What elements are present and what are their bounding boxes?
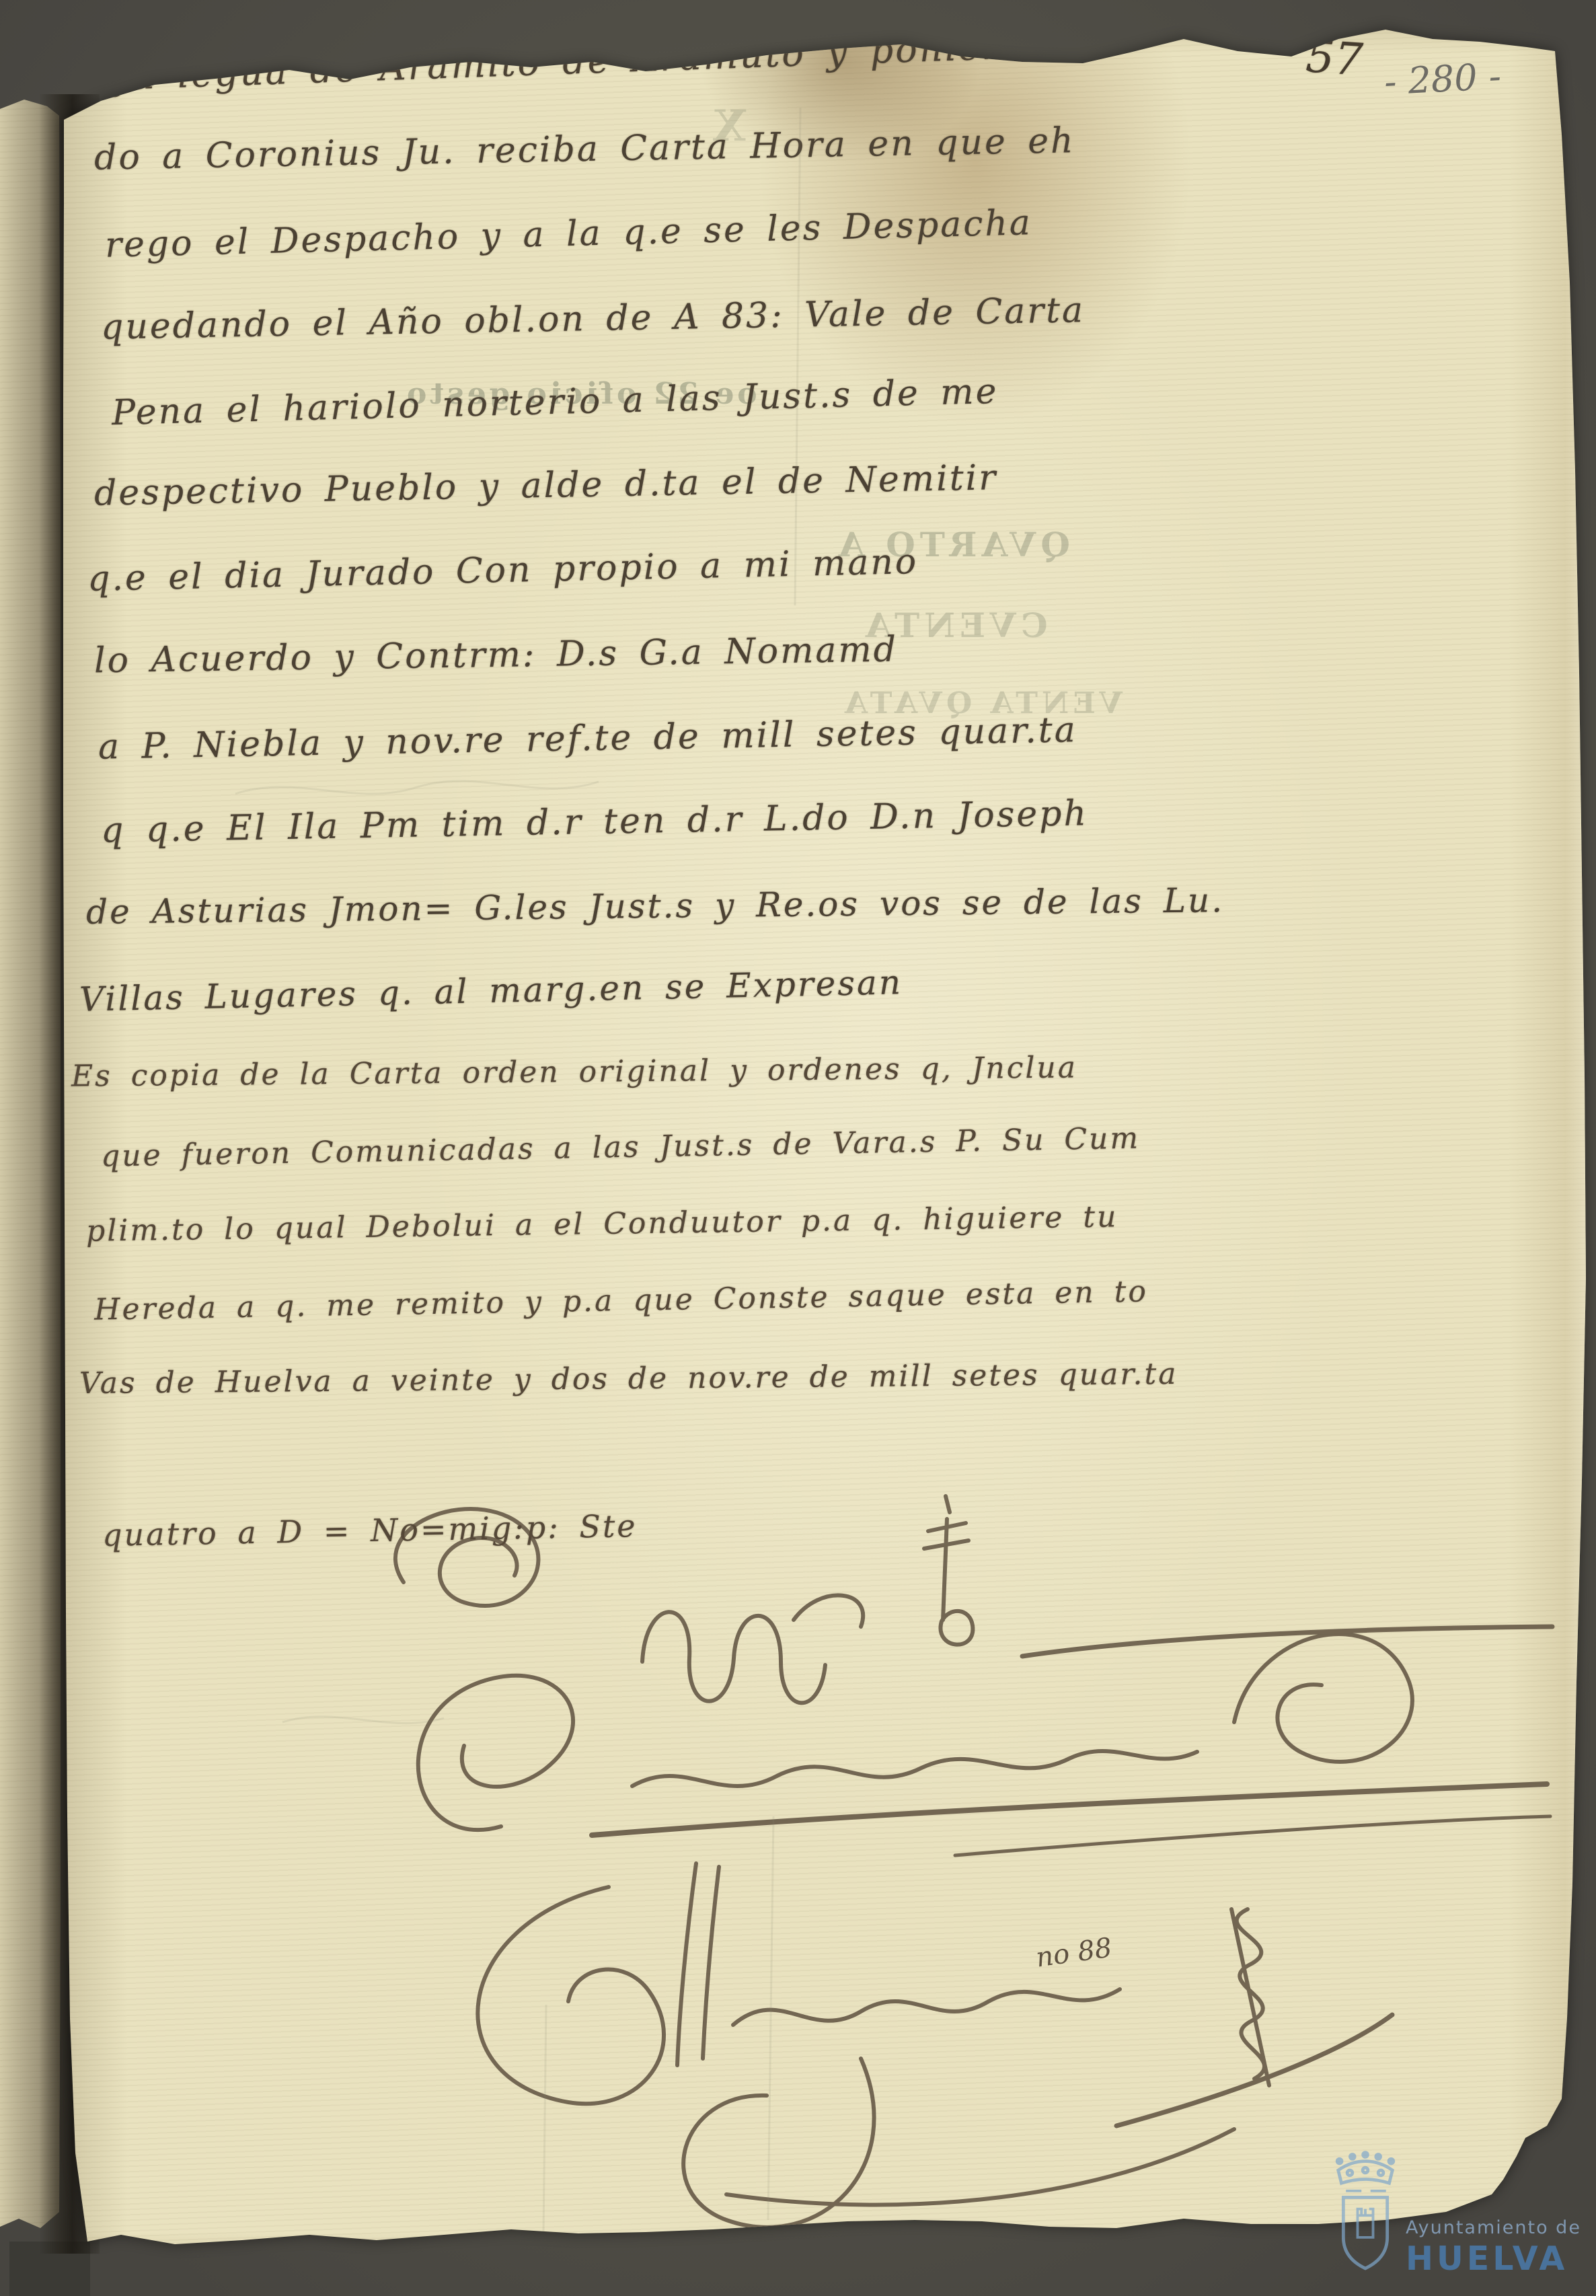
manuscript-line: despectivo Pueblo y alde d.ta el de Nemi… [94,457,998,513]
watermark-title: Ayuntamiento de [1406,2217,1581,2238]
manuscript-page-wrap: X oe 22 oficio gesto QVARTO A CVENTA VEN… [0,0,1596,2296]
signature-annotation: no 88 [1034,1932,1114,1973]
manuscript-line: lo Acuerdo y Contrm: D.s G.a Nomamd [94,630,899,681]
manuscript-line: q.e el dia Jurado Con propio a mi mano [87,542,919,599]
manuscript-line: Hereda a q. me remito y p.a que Conste s… [94,1274,1149,1327]
archival-scan: { "page": { "corner_number": "57", "foli… [0,0,1596,2296]
manuscript-line: q q.e El Ila Pm tim d.r ten d.r L.do D.n… [101,793,1089,851]
watermark-text: Ayuntamiento de HUELVA [1406,2217,1581,2278]
huelva-crest-icon [1333,2150,1398,2289]
manuscript-line: Es copia de la Carta orden original y or… [71,1050,1077,1093]
watermark-city: HUELVA [1406,2239,1581,2278]
manuscript-line: quedando el Año obl.on de A 83: Vale de … [101,290,1086,348]
manuscript-line: que fueron Comunicadas a las Just.s de V… [101,1121,1141,1174]
manuscript-line: Ju legua de Aramito de Aramuto y ponien [114,25,1008,98]
manuscript-line: Villas Lugares q. al marg.en se Expresan [79,963,903,1019]
manuscript-line: a P. Niebla y nov.re ref.te de mill sete… [98,710,1078,767]
folio-number: - 280 - [1383,54,1502,103]
manuscript-line: quatro a D = No=mig:p: Ste [102,1508,638,1553]
manuscript-line: de Asturias Jmon= G.les Just.s y Re.os v… [86,881,1225,932]
manuscript-page: X oe 22 oficio gesto QVARTO A CVENTA VEN… [0,0,1596,2296]
manuscript-line: plim.to lo qual Debolui a el Conduutor p… [86,1199,1118,1248]
manuscript-line: do a Coronius Ju. reciba Carta Hora en q… [94,120,1075,178]
manuscript-line: rego el Despacho y a la q.e se les Despa… [104,202,1032,266]
archive-watermark: Ayuntamiento de HUELVA [1333,2150,1581,2289]
manuscript-line: Vas de Huelva a veinte y dos de nov.re d… [79,1357,1178,1401]
corner-number: 57 [1304,30,1364,86]
